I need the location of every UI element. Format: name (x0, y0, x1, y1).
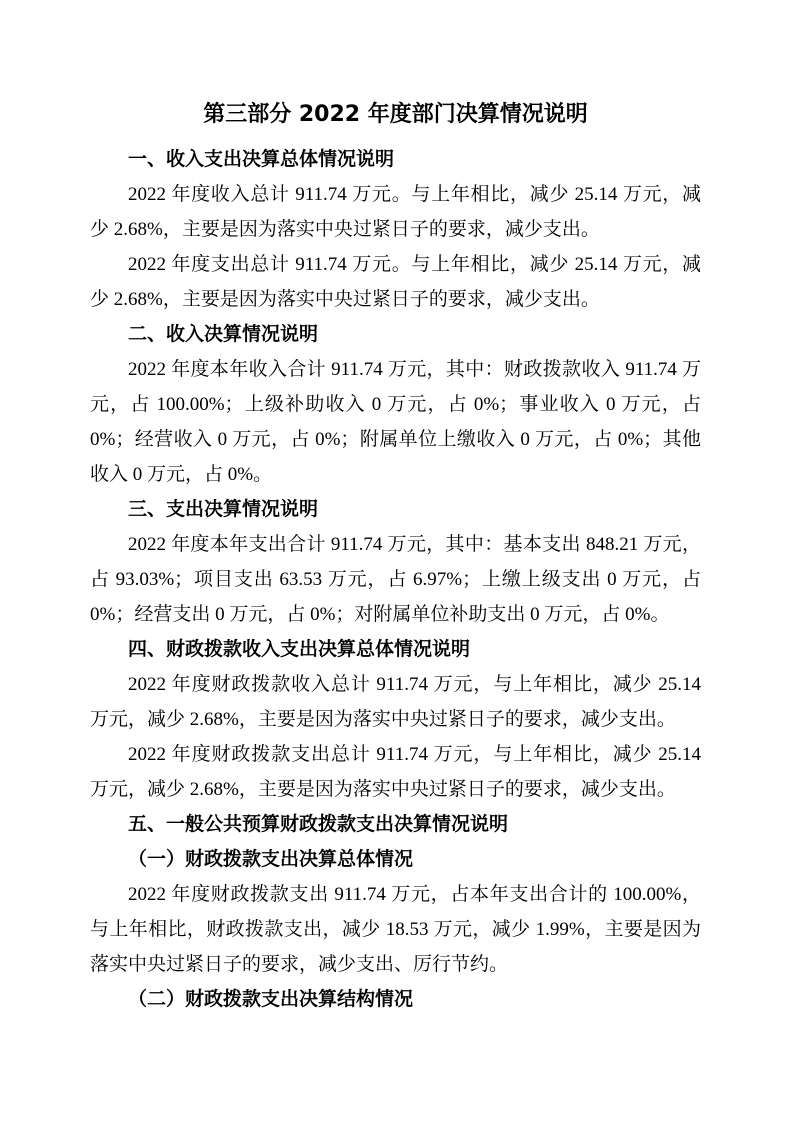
paragraph: 2022 年度支出总计 911.74 万元。与上年相比，减少 25.14 万元，… (90, 247, 701, 317)
subsection-appropriation-expenditure-structure: （二）财政拨款支出决算结构情况 (90, 982, 701, 1017)
paragraph: 2022 年度财政拨款支出总计 911.74 万元，与上年相比，减少 25.14… (90, 737, 701, 807)
section-income-expenditure-overview: 一、收入支出决算总体情况说明 2022 年度收入总计 911.74 万元。与上年… (90, 142, 701, 317)
paragraph: 2022 年度收入总计 911.74 万元。与上年相比，减少 25.14 万元，… (90, 177, 701, 247)
paragraph: 2022 年度财政拨款收入总计 911.74 万元，与上年相比，减少 25.14… (90, 667, 701, 737)
document-title: 第三部分 2022 年度部门决算情况说明 (90, 100, 701, 130)
document-page: 第三部分 2022 年度部门决算情况说明 一、收入支出决算总体情况说明 2022… (0, 0, 793, 1122)
section-heading: 五、一般公共预算财政拨款支出决算情况说明 (90, 807, 701, 842)
section-heading: 一、收入支出决算总体情况说明 (90, 142, 701, 177)
section-heading: 三、支出决算情况说明 (90, 492, 701, 527)
paragraph: 2022 年度本年收入合计 911.74 万元，其中：财政拨款收入 911.74… (90, 352, 701, 492)
section-income-accounts: 二、收入决算情况说明 2022 年度本年收入合计 911.74 万元，其中：财政… (90, 317, 701, 492)
section-expenditure-accounts: 三、支出决算情况说明 2022 年度本年支出合计 911.74 万元，其中：基本… (90, 492, 701, 632)
section-heading: 四、财政拨款收入支出决算总体情况说明 (90, 632, 701, 667)
section-general-public-budget: 五、一般公共预算财政拨款支出决算情况说明 （一）财政拨款支出决算总体情况 202… (90, 807, 701, 1017)
section-fiscal-appropriation-overview: 四、财政拨款收入支出决算总体情况说明 2022 年度财政拨款收入总计 911.7… (90, 632, 701, 807)
subsection-heading: （二）财政拨款支出决算结构情况 (90, 982, 701, 1017)
subsection-appropriation-expenditure-overview: （一）财政拨款支出决算总体情况 2022 年度财政拨款支出 911.74 万元，… (90, 842, 701, 982)
section-heading: 二、收入决算情况说明 (90, 317, 701, 352)
paragraph: 2022 年度本年支出合计 911.74 万元，其中：基本支出 848.21 万… (90, 527, 701, 632)
paragraph: 2022 年度财政拨款支出 911.74 万元，占本年支出合计的 100.00%… (90, 877, 701, 982)
subsection-heading: （一）财政拨款支出决算总体情况 (90, 842, 701, 877)
